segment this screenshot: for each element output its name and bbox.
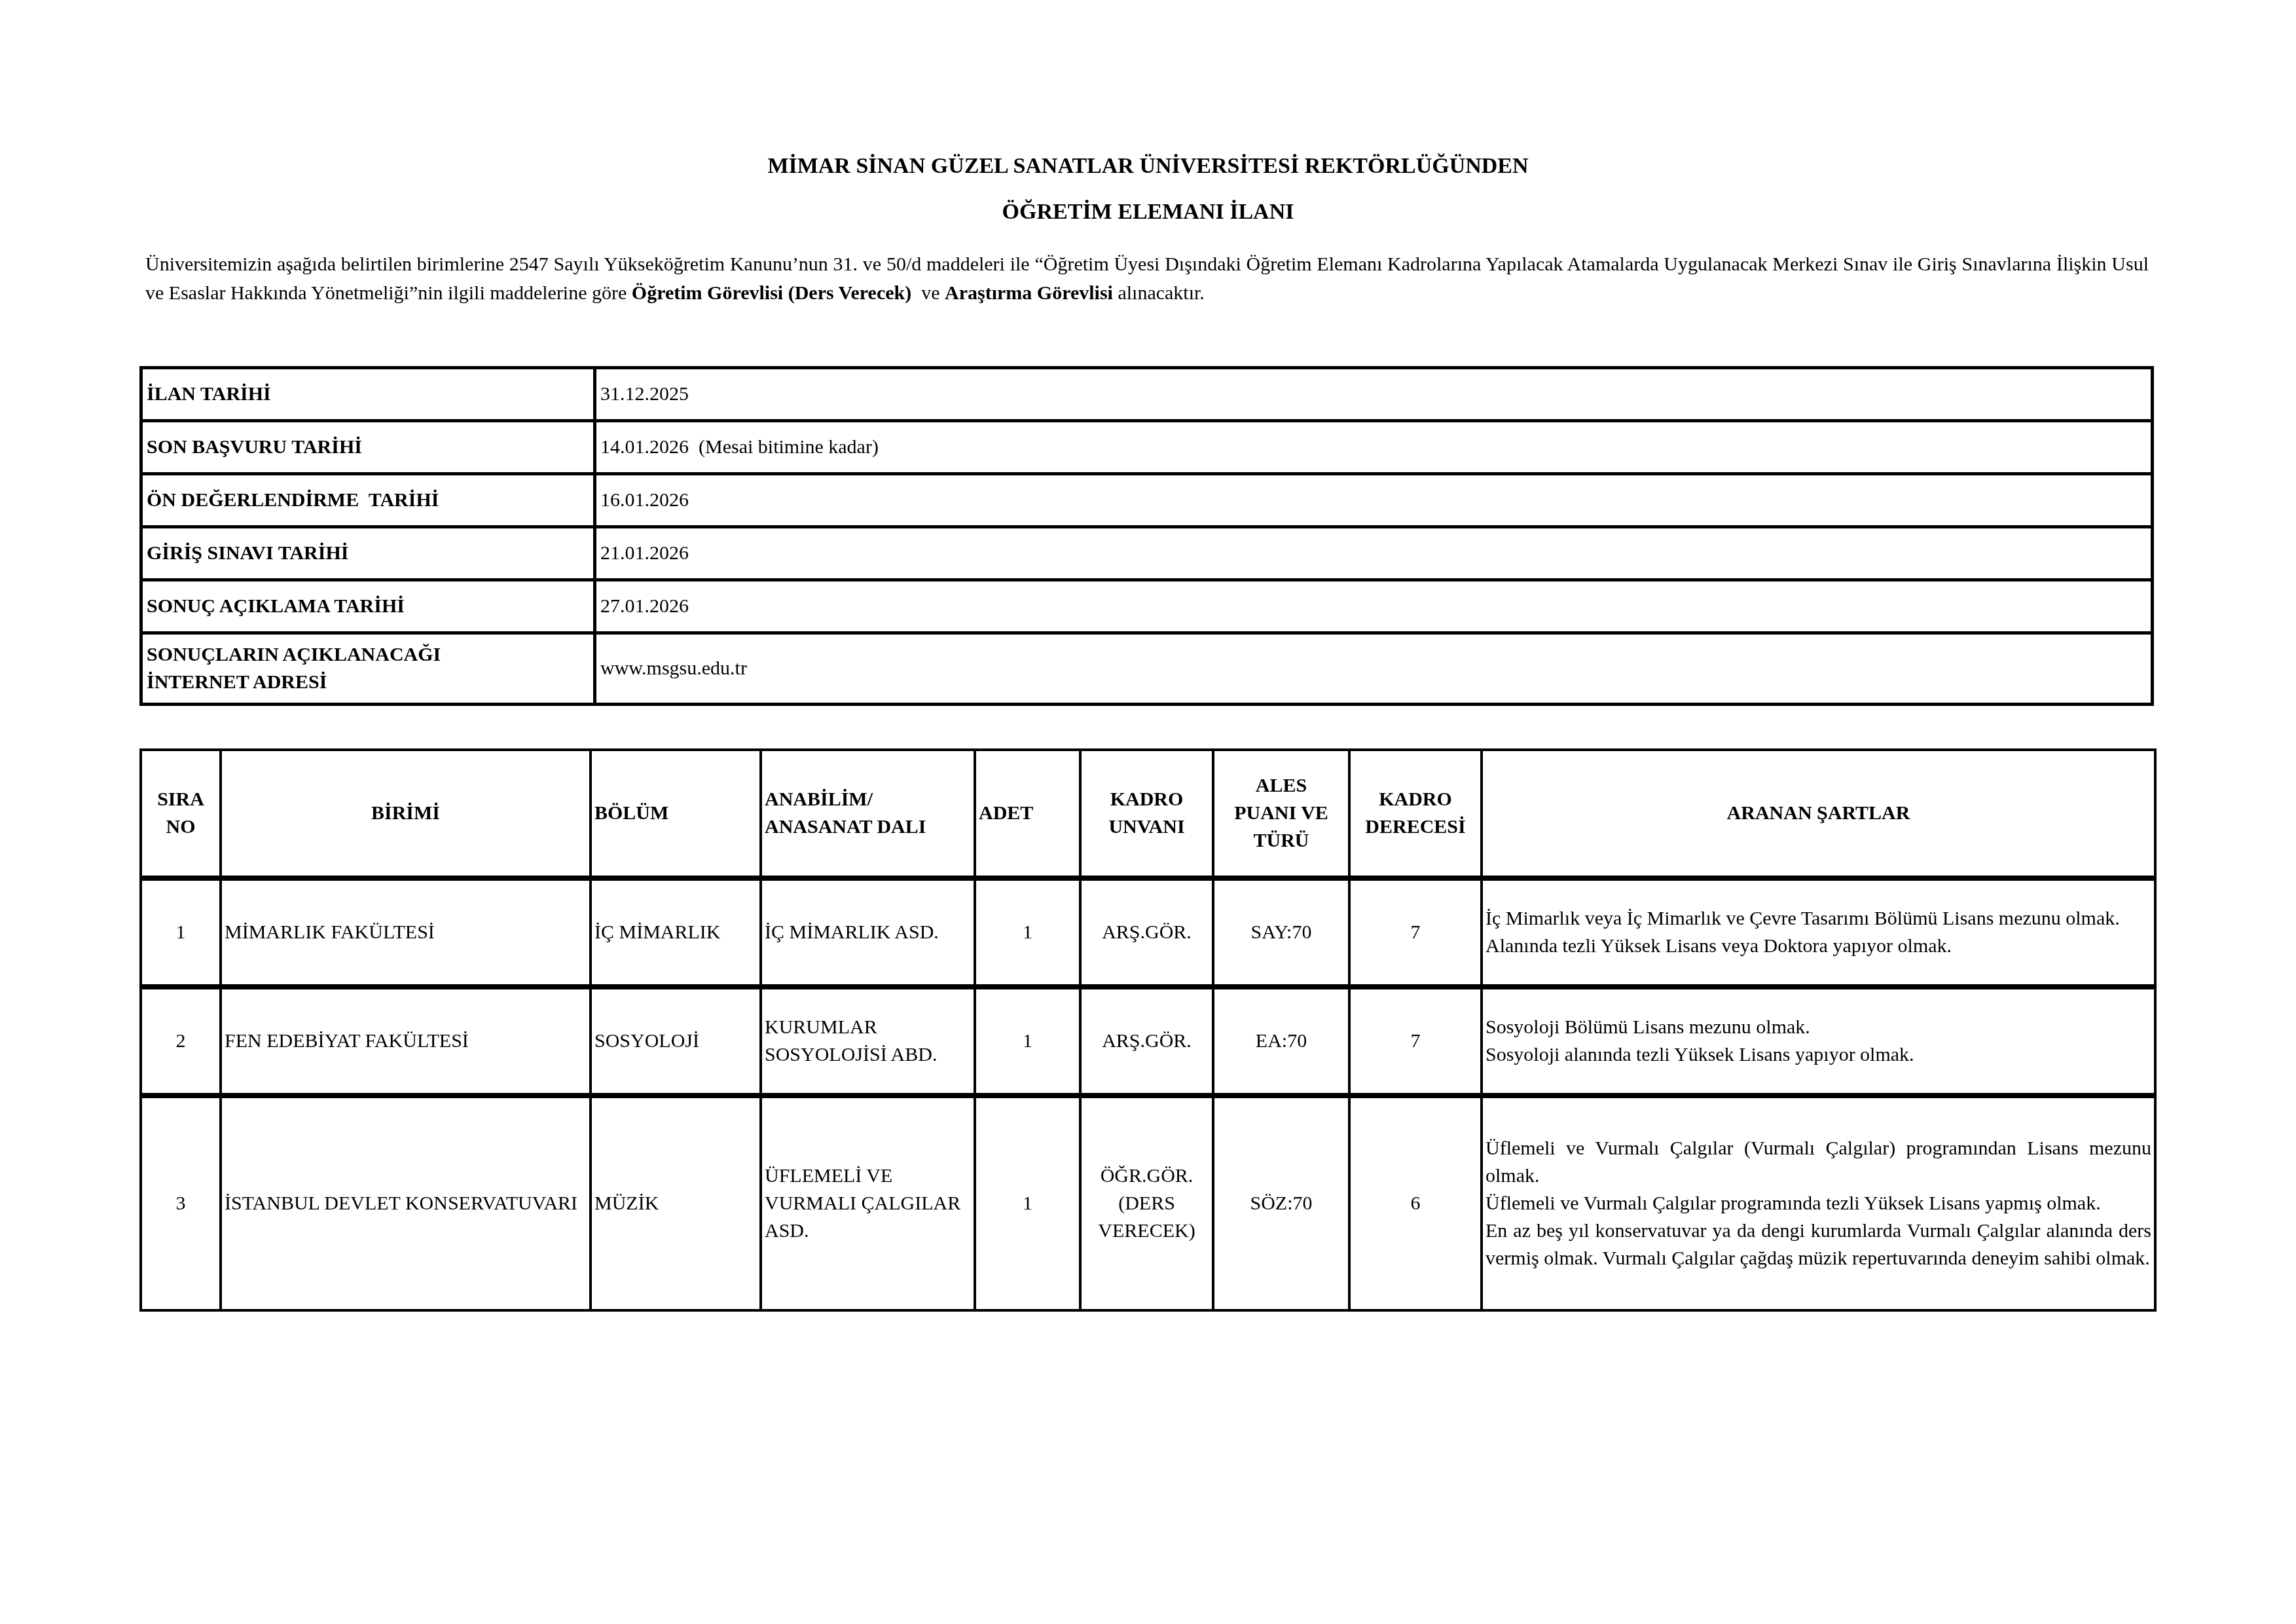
- requirement-line: Sosyoloji alanında tezli Yüksek Lisans y…: [1485, 1041, 2151, 1069]
- dates-table: İLAN TARİHİ 31.12.2025 SON BAŞVURU TARİH…: [139, 366, 2154, 706]
- header-anabilim-line1: ANABİLİM/: [765, 786, 971, 813]
- header-bolum: BÖLÜM: [591, 750, 761, 878]
- cell-kadro-unvani: ARŞ.GÖR.: [1080, 878, 1213, 987]
- cell-aranan-sartlar: Üflemeli ve Vurmalı Çalgılar (Vurmalı Ça…: [1482, 1096, 2155, 1310]
- header-ales-line1: ALES: [1217, 772, 1345, 800]
- intro-text-3: alınacaktır.: [1113, 282, 1205, 304]
- website-link[interactable]: www.msgsu.edu.tr: [595, 633, 2153, 705]
- cell-kadro-derecesi: 7: [1349, 878, 1482, 987]
- info-label: SON BAŞVURU TARİHİ: [141, 421, 595, 474]
- cell-birimi: İSTANBUL DEVLET KONSERVATUVARI: [221, 1096, 591, 1310]
- cell-kadro-derecesi: 7: [1349, 987, 1482, 1096]
- cell-adet: 1: [975, 1096, 1080, 1310]
- cell-sira: 1: [141, 878, 221, 987]
- cell-kadro-unvani: ÖĞR.GÖR. (DERS VERECEK): [1080, 1096, 1213, 1310]
- requirement-line: Üflemeli ve Vurmalı Çalgılar programında…: [1485, 1190, 2151, 1217]
- cell-bolum: SOSYOLOJİ: [591, 987, 761, 1096]
- table-row: 1 MİMARLIK FAKÜLTESİ İÇ MİMARLIK İÇ MİMA…: [141, 878, 2155, 987]
- info-label: İLAN TARİHİ: [141, 368, 595, 421]
- info-row-giris-sinavi: GİRİŞ SINAVI TARİHİ 21.01.2026: [141, 527, 2153, 580]
- header-kadro-line1: KADRO: [1084, 786, 1209, 813]
- cell-anabilim: ÜFLEMELİ VE VURMALI ÇALGILAR ASD.: [761, 1096, 975, 1310]
- header-sira-line1: SIRA: [145, 786, 217, 813]
- info-label: SONUÇ AÇIKLAMA TARİHİ: [141, 580, 595, 633]
- table-row: 3 İSTANBUL DEVLET KONSERVATUVARI MÜZİK Ü…: [141, 1096, 2155, 1310]
- cell-ales: SÖZ:70: [1213, 1096, 1349, 1310]
- header-aranan-sartlar: ARANAN ŞARTLAR: [1482, 750, 2155, 878]
- header-kadro-unvani: KADRO UNVANI: [1080, 750, 1213, 878]
- intro-bold-2: Araştırma Görevlisi: [945, 282, 1113, 304]
- cell-ales: SAY:70: [1213, 878, 1349, 987]
- info-label: GİRİŞ SINAVI TARİHİ: [141, 527, 595, 580]
- info-row-on-degerlendirme: ÖN DEĞERLENDİRME TARİHİ 16.01.2026: [141, 474, 2153, 527]
- header-ales-line2: PUANI VE: [1217, 800, 1345, 827]
- cell-birimi: MİMARLIK FAKÜLTESİ: [221, 878, 591, 987]
- header-sira-line2: NO: [145, 813, 217, 841]
- table-header-row: SIRA NO BİRİMİ BÖLÜM ANABİLİM/ ANASANAT …: [141, 750, 2155, 878]
- requirement-line: Sosyoloji Bölümü Lisans mezunu olmak.: [1485, 1014, 2151, 1041]
- cell-sira: 3: [141, 1096, 221, 1310]
- header-ales-line3: TÜRÜ: [1217, 827, 1345, 855]
- info-row-ilan: İLAN TARİHİ 31.12.2025: [141, 368, 2153, 421]
- document-title: MİMAR SİNAN GÜZEL SANATLAR ÜNİVERSİTESİ …: [0, 153, 2296, 179]
- requirement-line: İç Mimarlık veya İç Mimarlık ve Çevre Ta…: [1485, 905, 2151, 932]
- cell-aranan-sartlar: Sosyoloji Bölümü Lisans mezunu olmak. So…: [1482, 987, 2155, 1096]
- cell-bolum: MÜZİK: [591, 1096, 761, 1310]
- cell-kadro-unvani: ARŞ.GÖR.: [1080, 987, 1213, 1096]
- cell-aranan-sartlar: İç Mimarlık veya İç Mimarlık ve Çevre Ta…: [1482, 878, 2155, 987]
- info-label: ÖN DEĞERLENDİRME TARİHİ: [141, 474, 595, 527]
- header-birimi: BİRİMİ: [221, 750, 591, 878]
- intro-bold-1: Öğretim Görevlisi (Ders Verecek): [632, 282, 911, 304]
- intro-paragraph: Üniversitemizin aşağıda belirtilen birim…: [145, 250, 2149, 308]
- cell-ales: EA:70: [1213, 987, 1349, 1096]
- intro-text-2: ve: [911, 282, 945, 304]
- requirement-line: Üflemeli ve Vurmalı Çalgılar (Vurmalı Ça…: [1485, 1135, 2151, 1190]
- positions-table: SIRA NO BİRİMİ BÖLÜM ANABİLİM/ ANASANAT …: [139, 748, 2157, 1312]
- cell-adet: 1: [975, 987, 1080, 1096]
- cell-bolum: İÇ MİMARLIK: [591, 878, 761, 987]
- info-value: 21.01.2026: [595, 527, 2153, 580]
- info-value: 14.01.2026 (Mesai bitimine kadar): [595, 421, 2153, 474]
- info-label: SONUÇLARIN AÇIKLANACAĞI İNTERNET ADRESİ: [141, 633, 595, 705]
- header-kadro-line2: UNVANI: [1084, 813, 1209, 841]
- requirement-line: En az beş yıl konservatuvar ya da dengi …: [1485, 1217, 2151, 1272]
- header-derece-line2: DERECESİ: [1353, 813, 1478, 841]
- info-row-son-basvuru: SON BAŞVURU TARİHİ 14.01.2026 (Mesai bit…: [141, 421, 2153, 474]
- header-adet: ADET: [975, 750, 1080, 878]
- info-row-internet-adresi: SONUÇLARIN AÇIKLANACAĞI İNTERNET ADRESİ …: [141, 633, 2153, 705]
- header-kadro-derecesi: KADRO DERECESİ: [1349, 750, 1482, 878]
- header-anabilim: ANABİLİM/ ANASANAT DALI: [761, 750, 975, 878]
- header-derece-line1: KADRO: [1353, 786, 1478, 813]
- table-row: 2 FEN EDEBİYAT FAKÜLTESİ SOSYOLOJİ KURUM…: [141, 987, 2155, 1096]
- header-sira: SIRA NO: [141, 750, 221, 878]
- cell-anabilim: KURUMLAR SOSYOLOJİSİ ABD.: [761, 987, 975, 1096]
- cell-adet: 1: [975, 878, 1080, 987]
- cell-sira: 2: [141, 987, 221, 1096]
- cell-birimi: FEN EDEBİYAT FAKÜLTESİ: [221, 987, 591, 1096]
- header-anabilim-line2: ANASANAT DALI: [765, 813, 971, 841]
- info-value: 31.12.2025: [595, 368, 2153, 421]
- cell-kadro-derecesi: 6: [1349, 1096, 1482, 1310]
- info-label-line2: İNTERNET ADRESİ: [147, 669, 589, 696]
- cell-anabilim: İÇ MİMARLIK ASD.: [761, 878, 975, 987]
- info-value: 27.01.2026: [595, 580, 2153, 633]
- info-label-line1: SONUÇLARIN AÇIKLANACAĞI: [147, 641, 589, 669]
- info-row-sonuc: SONUÇ AÇIKLAMA TARİHİ 27.01.2026: [141, 580, 2153, 633]
- info-value: 16.01.2026: [595, 474, 2153, 527]
- header-ales: ALES PUANI VE TÜRÜ: [1213, 750, 1349, 878]
- document-subtitle: ÖĞRETİM ELEMANI İLANI: [0, 199, 2296, 225]
- requirement-line: Alanında tezli Yüksek Lisans veya Doktor…: [1485, 932, 2151, 960]
